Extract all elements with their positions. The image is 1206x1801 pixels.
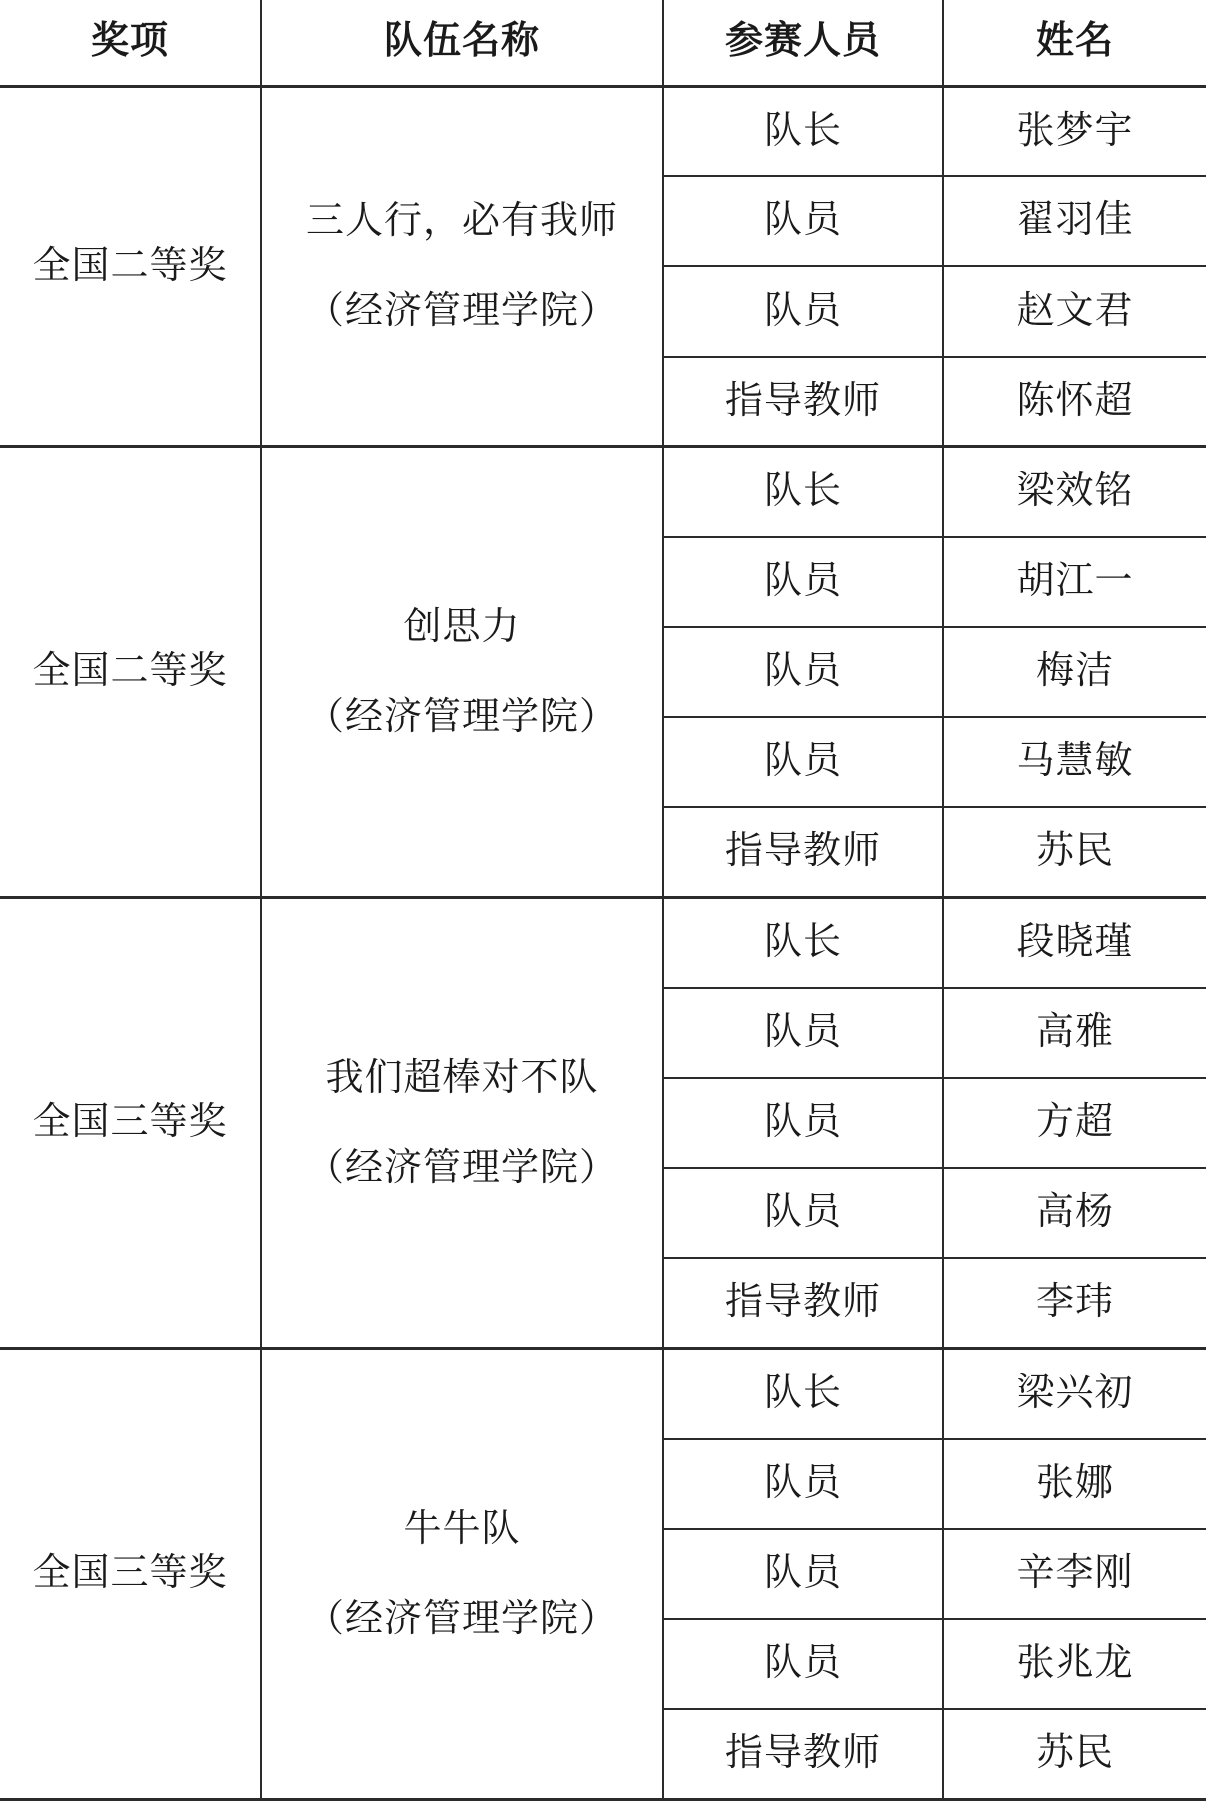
team-cell: 牛牛队 （经济管理学院） [261,1348,663,1799]
table-row: 全国三等奖 我们超棒对不队 （经济管理学院） 队长 段晓瑾 [0,898,1206,988]
name-cell: 张梦宇 [943,86,1206,176]
role-cell: 指导教师 [663,1709,943,1799]
role-cell: 队员 [663,1529,943,1619]
team-college: （经济管理学院） [262,1123,662,1213]
team-name: 牛牛队 [262,1484,662,1574]
role-cell: 指导教师 [663,807,943,897]
name-cell: 方超 [943,1078,1206,1168]
name-cell: 梁兴初 [943,1348,1206,1438]
team-name: 三人行，必有我师 [262,176,662,266]
role-cell: 队员 [663,266,943,356]
team-college: （经济管理学院） [262,1574,662,1664]
column-header-participant: 参赛人员 [663,0,943,86]
column-header-award: 奖项 [0,0,261,86]
name-cell: 苏民 [943,1709,1206,1799]
column-header-team: 队伍名称 [261,0,663,86]
role-cell: 指导教师 [663,1258,943,1348]
team-cell: 我们超棒对不队 （经济管理学院） [261,898,663,1349]
awards-table: 奖项 队伍名称 参赛人员 姓名 全国二等奖 三人行，必有我师 （经济管理学院） … [0,0,1206,1801]
award-cell: 全国二等奖 [0,447,261,898]
role-cell: 队员 [663,717,943,807]
table-header-row: 奖项 队伍名称 参赛人员 姓名 [0,0,1206,86]
role-cell: 队员 [663,1619,943,1709]
table-row: 全国三等奖 牛牛队 （经济管理学院） 队长 梁兴初 [0,1348,1206,1438]
team-cell: 三人行，必有我师 （经济管理学院） [261,86,663,447]
name-cell: 梅洁 [943,627,1206,717]
table-row: 全国二等奖 创思力 （经济管理学院） 队长 梁效铭 [0,447,1206,537]
role-cell: 队员 [663,176,943,266]
role-cell: 队长 [663,898,943,988]
award-cell: 全国二等奖 [0,86,261,447]
team-name: 创思力 [262,582,662,672]
name-cell: 赵文君 [943,266,1206,356]
role-cell: 队员 [663,1439,943,1529]
team-college: （经济管理学院） [262,672,662,762]
name-cell: 陈怀超 [943,357,1206,447]
name-cell: 翟羽佳 [943,176,1206,266]
role-cell: 队员 [663,1168,943,1258]
role-cell: 队员 [663,1078,943,1168]
name-cell: 梁效铭 [943,447,1206,537]
role-cell: 队长 [663,86,943,176]
name-cell: 张娜 [943,1439,1206,1529]
name-cell: 段晓瑾 [943,898,1206,988]
table-row: 全国二等奖 三人行，必有我师 （经济管理学院） 队长 张梦宇 [0,86,1206,176]
role-cell: 队员 [663,537,943,627]
role-cell: 队员 [663,988,943,1078]
name-cell: 张兆龙 [943,1619,1206,1709]
name-cell: 高杨 [943,1168,1206,1258]
name-cell: 李玮 [943,1258,1206,1348]
name-cell: 辛李刚 [943,1529,1206,1619]
role-cell: 队长 [663,447,943,537]
award-cell: 全国三等奖 [0,1348,261,1799]
team-name: 我们超棒对不队 [262,1033,662,1123]
name-cell: 高雅 [943,988,1206,1078]
column-header-name: 姓名 [943,0,1206,86]
role-cell: 队员 [663,627,943,717]
role-cell: 队长 [663,1348,943,1438]
name-cell: 苏民 [943,807,1206,897]
team-cell: 创思力 （经济管理学院） [261,447,663,898]
name-cell: 胡江一 [943,537,1206,627]
award-cell: 全国三等奖 [0,898,261,1349]
name-cell: 马慧敏 [943,717,1206,807]
role-cell: 指导教师 [663,357,943,447]
team-college: （经济管理学院） [262,266,662,356]
